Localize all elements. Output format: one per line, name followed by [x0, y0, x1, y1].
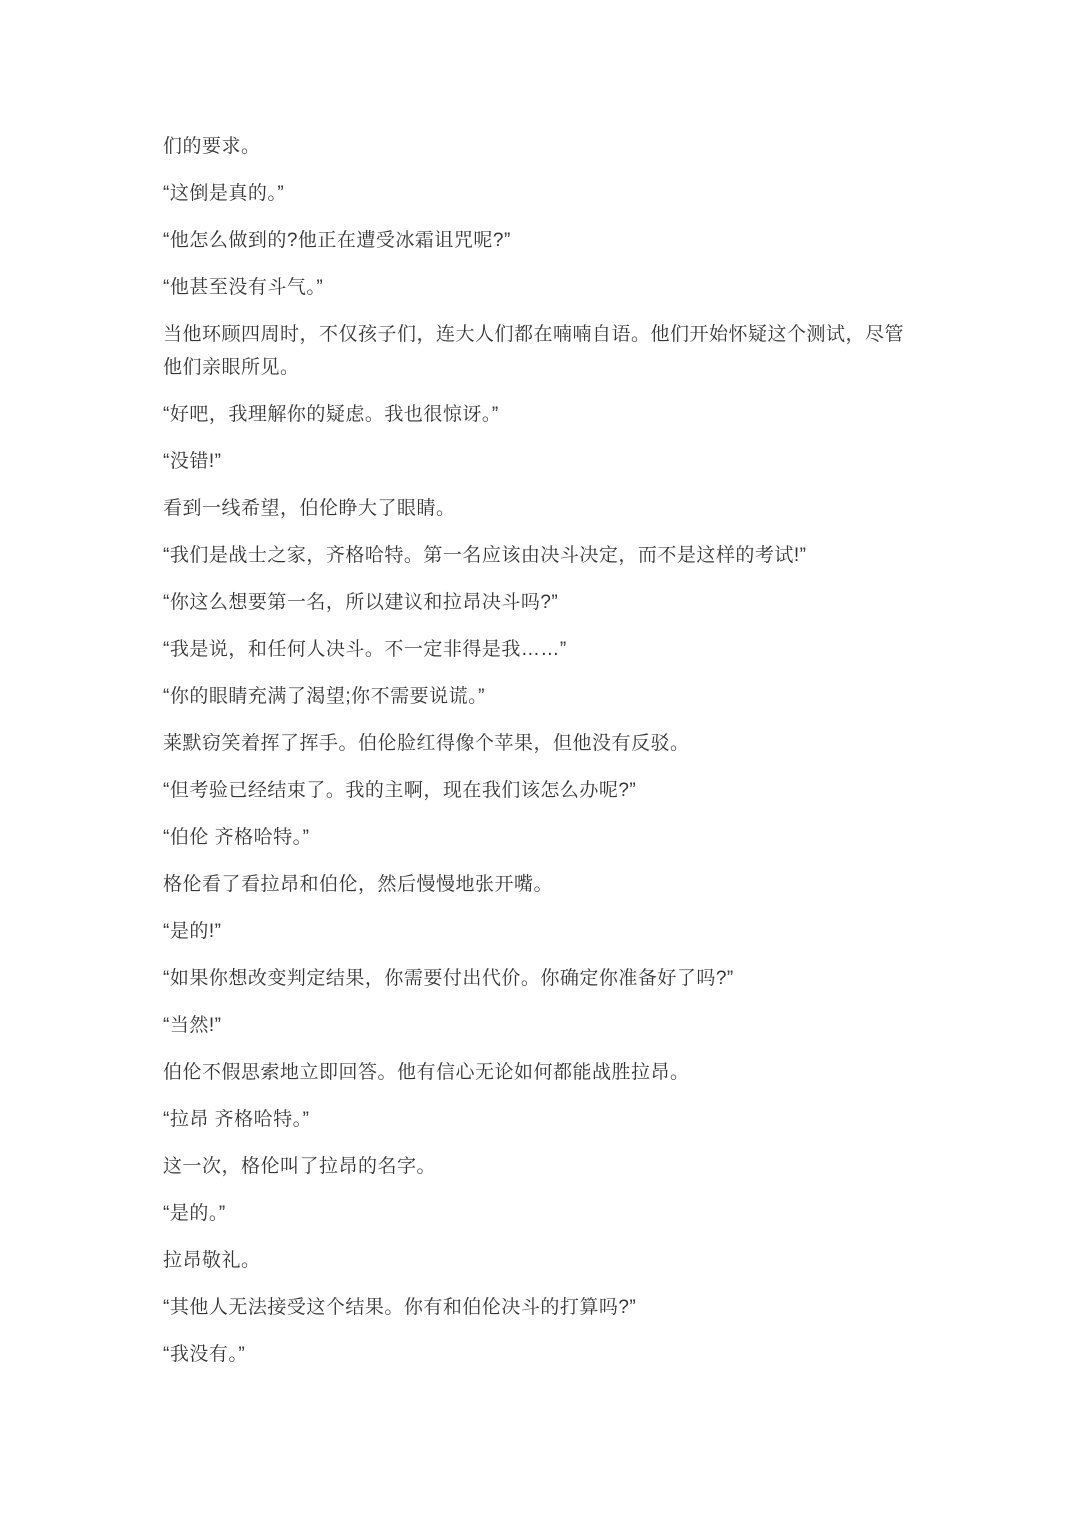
paragraph: “伯伦 齐格哈特。”: [163, 821, 911, 854]
paragraph: “拉昂 齐格哈特。”: [163, 1103, 911, 1136]
paragraph: 拉昂敬礼。: [163, 1244, 911, 1277]
paragraph: 莱默窃笑着挥了挥手。伯伦脸红得像个苹果，但他没有反驳。: [163, 727, 911, 760]
paragraph: 这一次，格伦叫了拉昂的名字。: [163, 1150, 911, 1183]
paragraph: “是的!”: [163, 915, 911, 948]
paragraph: “我们是战士之家，齐格哈特。第一名应该由决斗决定，而不是这样的考试!”: [163, 539, 911, 572]
paragraph: “你这么想要第一名，所以建议和拉昂决斗吗?”: [163, 586, 911, 619]
paragraph: 看到一线希望，伯伦睁大了眼睛。: [163, 492, 911, 525]
paragraph: “他怎么做到的?他正在遭受冰霜诅咒呢?”: [163, 224, 911, 257]
paragraph: “如果你想改变判定结果，你需要付出代价。你确定你准备好了吗?”: [163, 962, 911, 995]
paragraph: “好吧，我理解你的疑虑。我也很惊讶。”: [163, 398, 911, 431]
paragraph: “我是说，和任何人决斗。不一定非得是我……”: [163, 633, 911, 666]
document-page: 们的要求。“这倒是真的。”“他怎么做到的?他正在遭受冰霜诅咒呢?”“他甚至没有斗…: [0, 0, 1074, 1519]
paragraph: 格伦看了看拉昂和伯伦，然后慢慢地张开嘴。: [163, 868, 911, 901]
paragraph: “你的眼睛充满了渴望;你不需要说谎。”: [163, 680, 911, 713]
paragraph: “其他人无法接受这个结果。你有和伯伦决斗的打算吗?”: [163, 1291, 911, 1324]
paragraph: “这倒是真的。”: [163, 177, 911, 210]
paragraph: “我没有。”: [163, 1338, 911, 1371]
paragraph: 当他环顾四周时，不仅孩子们，连大人们都在喃喃自语。他们开始怀疑这个测试，尽管他们…: [163, 318, 911, 384]
paragraph: “是的。”: [163, 1197, 911, 1230]
text-content: 们的要求。“这倒是真的。”“他怎么做到的?他正在遭受冰霜诅咒呢?”“他甚至没有斗…: [163, 130, 911, 1385]
paragraph: 们的要求。: [163, 130, 911, 163]
paragraph: “他甚至没有斗气。”: [163, 271, 911, 304]
paragraph: “当然!”: [163, 1009, 911, 1042]
paragraph: “但考验已经结束了。我的主啊，现在我们该怎么办呢?”: [163, 774, 911, 807]
paragraph: 伯伦不假思索地立即回答。他有信心无论如何都能战胜拉昂。: [163, 1056, 911, 1089]
paragraph: “没错!”: [163, 445, 911, 478]
